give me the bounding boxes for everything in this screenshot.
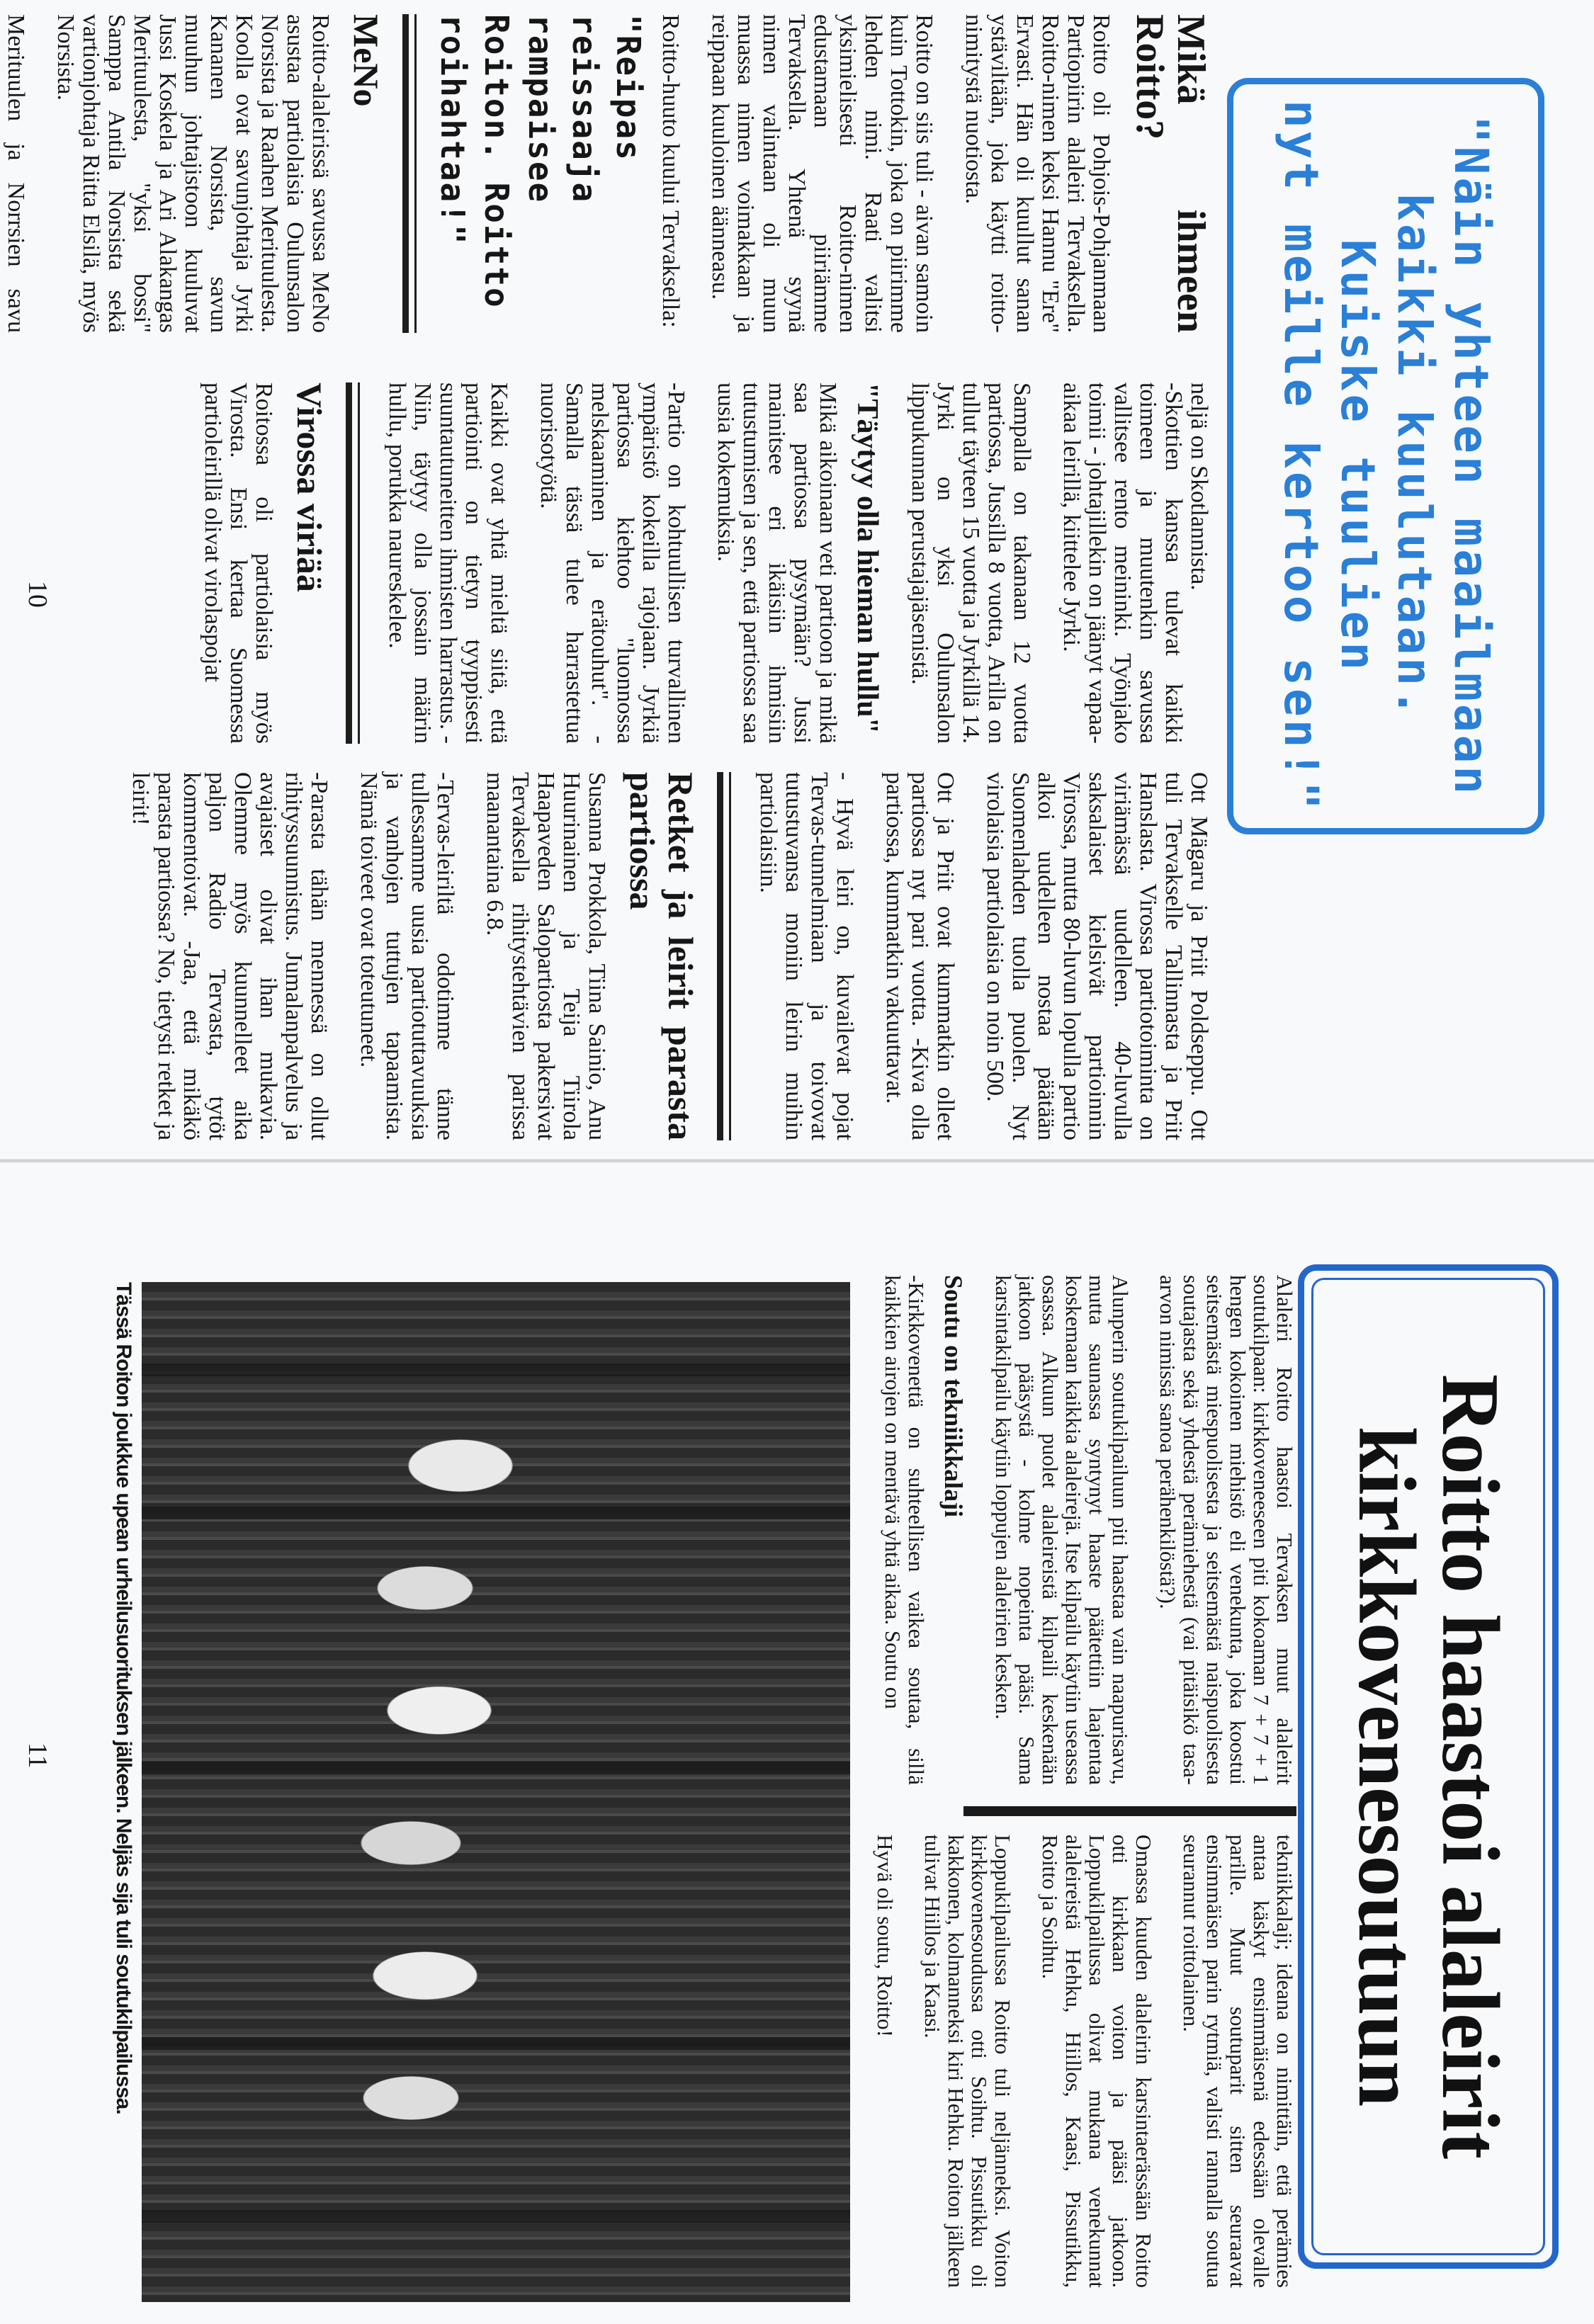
paragraph: - Hyvä leiri on, kuvailevat pojat Tervas… <box>755 772 857 1140</box>
paragraph: Roitto on siis tuli - aivan samoin kuin … <box>707 14 937 333</box>
page-number: 11 <box>22 1742 53 1769</box>
heading-taytyy-olla-hullu: "Täytyy olla hieman hullu" <box>852 382 883 744</box>
photo-caption: Tässä Roiton joukkue upean urheilusuorit… <box>112 1282 135 2274</box>
article-title-line: kirkkovenesoutuun <box>1345 1427 1428 2107</box>
paragraph: Kaikki ovat yhtä mieltä siitä, että part… <box>384 382 511 744</box>
paragraph: Merituulen ja Norrsien savu koostuu 45 p… <box>0 14 28 333</box>
paragraph: Ott Mägaru ja Priit Poldseppu. Ott tuli … <box>982 772 1211 1140</box>
col3-content: Ott Mägaru ja Priit Poldseppu. Ott tuli … <box>103 772 1211 1140</box>
heading-soutu-tekniikkalaji: Soutu on tekniikkalaji <box>939 1275 968 1785</box>
quote-line: kaikki kuulutaan. <box>1386 193 1442 720</box>
heading-meno: MeNo <box>347 14 385 333</box>
heading-retket-ja-leirit: Retket ja leirit parasta partiossa <box>623 772 700 1140</box>
paragraph: Hyvä oli soutu, Roitto! <box>874 1835 897 2288</box>
quote-box: "Näin yhteen maailmaan kaikki kuulutaan.… <box>1227 78 1544 834</box>
paragraph: Omassa kuuden alaleirin karsintaerässään… <box>1039 1835 1155 2288</box>
magazine-spread: "Näin yhteen maailmaan kaikki kuulutaan.… <box>0 0 1594 2324</box>
paragraph: -Skottien kanssa tulevat kaikki toimeen … <box>1058 382 1186 744</box>
divider <box>402 14 417 333</box>
soutu-col2: tekniikkalaji; ideana on nimittäin, että… <box>849 1835 1296 2288</box>
column-divider <box>963 1806 1296 1816</box>
paragraph: Alunperin soutukilpailuun piti haastaa v… <box>992 1275 1132 1785</box>
paragraph: Susanna Prokkola, Tiina Sainio, Anu Huur… <box>482 772 609 1140</box>
col1-content: Mikä ihmeen Roitto? Roitto oli Pohjois-P… <box>0 14 1211 333</box>
quote-line: nyt meille kertoo sen!" <box>1272 100 1329 812</box>
paragraph: neljä on Skotlannista. <box>1186 382 1211 744</box>
group-photo <box>142 1282 850 2302</box>
divider <box>717 772 731 1140</box>
col2-content: neljä on Skotlannista. -Skottien kanssa … <box>176 382 1211 744</box>
paragraph: Sampalla on takanaan 12 vuotta partiossa… <box>907 382 1034 744</box>
paragraph: -Kirkkovenettä on suhteellisen vaikea so… <box>881 1275 928 1785</box>
paragraph: Ott ja Priit ovat kummatkin olleet parti… <box>881 772 958 1140</box>
paragraph: Mikä aikoinaan veti partioon ja mikä saa… <box>713 382 840 744</box>
article-title-line: Roitto haastoi alaleirit <box>1428 1374 1512 2159</box>
paragraph: -Parasta tähän mennessä on ollut rihitys… <box>128 772 332 1140</box>
paragraph: -Tervas-leiriltä odotimme tänne tullessa… <box>356 772 458 1140</box>
paragraph: Roitto-huuto kuului Tervaksella: <box>657 14 683 333</box>
quote-line: Kuiske tuulien <box>1329 239 1386 673</box>
title-box: Roitto haastoi alaleirit kirkkovenesoutu… <box>1298 1264 1559 2269</box>
divider <box>346 382 360 744</box>
quote-line: "Näin yhteen maailmaan <box>1442 115 1499 797</box>
paragraph: Roitto-alaleirissä savussa MeNo asustaa … <box>52 14 333 333</box>
paragraph: Loppukilpailussa Roitto tuli neljänneksi… <box>921 1835 1014 2288</box>
paragraph: -Partio on kohtuullisen turvallinen ympä… <box>536 382 689 744</box>
soutu-col1: Alaleiri Roitto haastoi Tervaksen muut a… <box>857 1275 1296 1785</box>
heading-virossa-viriaa: Virossa viriää <box>290 382 329 744</box>
heading-mika-ihmeen-roitto: Mikä ihmeen Roitto? <box>1129 14 1211 333</box>
page-10: "Näin yhteen maailmaan kaikki kuulutaan.… <box>0 0 1594 1162</box>
paragraph: tekniikkalaji; ideana on nimittäin, että… <box>1180 1835 1296 2288</box>
paragraph: Alaleiri Roitto haastoi Tervaksen muut a… <box>1156 1275 1296 1785</box>
page-number: 10 <box>22 581 53 608</box>
title-box-inner: Roitto haastoi alaleirit kirkkovenesoutu… <box>1311 1278 1545 2255</box>
page-11: Roitto haastoi alaleirit kirkkovenesoutu… <box>0 1162 1594 2324</box>
paragraph: Roitossa oli partiolaisia myös Virosta. … <box>200 382 276 744</box>
roitto-cheer: "Reipas reissaaja rampaisee Roiton. Roit… <box>431 14 650 333</box>
paragraph: Roitto oli Pohjois-Pohjanmaan Partiopiir… <box>961 14 1114 333</box>
